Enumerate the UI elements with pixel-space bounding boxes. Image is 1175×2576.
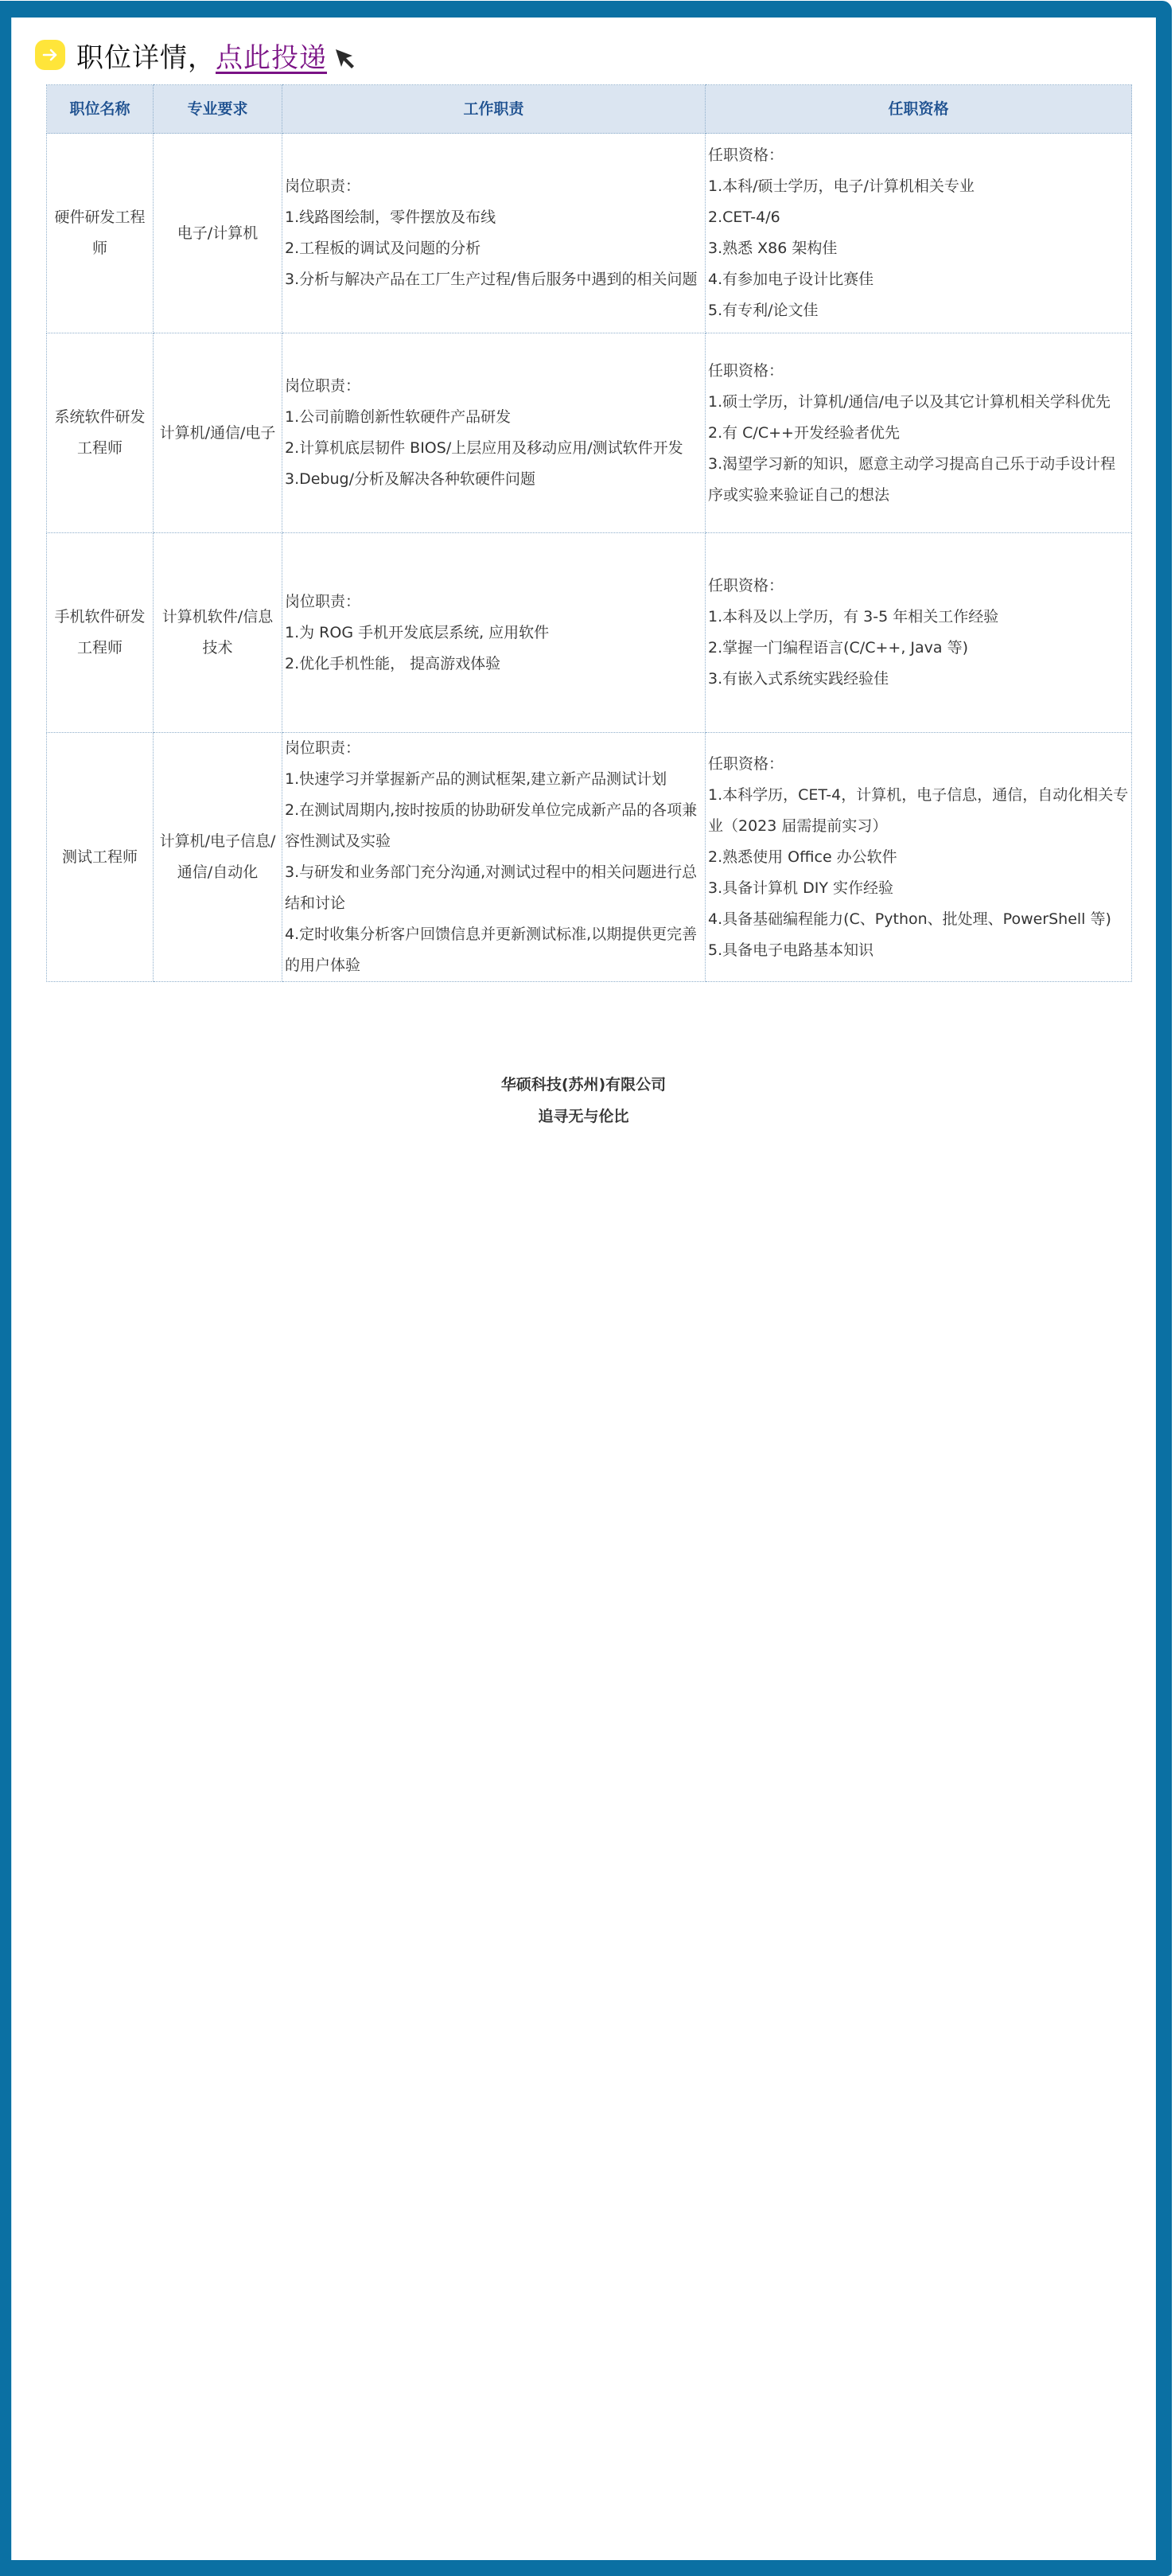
duties-line: 2.计算机底层韧件 BIOS/上层应用及移动应用/测试软件开发 [285,433,703,464]
apply-link[interactable]: 点此投递 [216,36,327,75]
requirement-line: 任职资格： [708,571,1130,602]
column-header-major: 专业要求 [154,85,282,134]
duties-line: 1.快速学习并掌握新产品的测试框架,建立新产品测试计划 [285,764,703,795]
duties-cell: 岗位职责： 1.线路图绘制，零件摆放及布线 2.工程板的调试及问题的分析 3.分… [282,134,706,333]
major-cell: 计算机软件/信息技术 [154,533,282,733]
table-header-row: 职位名称 专业要求 工作职责 任职资格 [47,85,1132,134]
requirements-cell: 任职资格： 1.本科学历，CET-4，计算机，电子信息，通信，自动化相关专业（2… [706,733,1132,982]
requirements-cell: 任职资格： 1.硕士学历，计算机/通信/电子以及其它计算机相关学科优先 2.有 … [706,333,1132,533]
column-header-position: 职位名称 [47,85,154,134]
column-header-duties: 工作职责 [282,85,706,134]
requirement-line: 1.硕士学历，计算机/通信/电子以及其它计算机相关学科优先 [708,387,1130,418]
duties-line: 3.分析与解决产品在工厂生产过程/售后服务中遇到的相关问题 [285,264,703,295]
duties-line: 1.公司前瞻创新性软硬件产品研发 [285,402,703,433]
requirement-line: 1.本科及以上学历，有 3-5 年相关工作经验 [708,602,1130,633]
table-row: 手机软件研发工程师 计算机软件/信息技术 岗位职责： 1.为 ROG 手机开发底… [47,533,1132,733]
requirement-line: 3.有嵌入式系统实践经验佳 [708,664,1130,695]
requirement-line: 4.有参加电子设计比赛佳 [708,264,1130,295]
duties-line: 岗位职责： [285,587,703,618]
requirement-line: 1.本科/硕士学历，电子/计算机相关专业 [708,171,1130,202]
requirement-line: 3.渴望学习新的知识，愿意主动学习提高自己乐于动手设计程序或实验来验证自己的想法 [708,449,1130,511]
position-cell: 系统软件研发工程师 [47,333,154,533]
requirement-line: 5.具备电子电路基本知识 [708,935,1130,966]
requirement-line: 3.具备计算机 DIY 实作经验 [708,873,1130,904]
company-name: 华硕科技(苏州)有限公司 [11,1069,1156,1101]
section-header: 职位详情， 点此投递 [35,37,357,72]
duties-line: 3.与研发和业务部门充分沟通,对测试过程中的相关问题进行总结和讨论 [285,857,703,919]
mouse-cursor-icon [333,47,357,74]
table-row: 测试工程师 计算机/电子信息/通信/自动化 岗位职责： 1.快速学习并掌握新产品… [47,733,1132,982]
table-row: 硬件研发工程师 电子/计算机 岗位职责： 1.线路图绘制，零件摆放及布线 2.工… [47,134,1132,333]
duties-line: 2.在测试周期内,按时按质的协助研发单位完成新产品的各项兼容性测试及实验 [285,795,703,857]
requirements-cell: 任职资格： 1.本科/硕士学历，电子/计算机相关专业 2.CET-4/6 3.熟… [706,134,1132,333]
page-footer: 华硕科技(苏州)有限公司 追寻无与伦比 [11,1069,1156,1132]
duties-line: 1.线路图绘制，零件摆放及布线 [285,202,703,233]
duties-line: 1.为 ROG 手机开发底层系统, 应用软件 [285,618,703,649]
duties-line: 岗位职责： [285,171,703,202]
position-cell: 测试工程师 [47,733,154,982]
table-row: 系统软件研发工程师 计算机/通信/电子 岗位职责： 1.公司前瞻创新性软硬件产品… [47,333,1132,533]
duties-cell: 岗位职责： 1.快速学习并掌握新产品的测试框架,建立新产品测试计划 2.在测试周… [282,733,706,982]
duties-line: 岗位职责： [285,371,703,402]
requirement-line: 5.有专利/论文佳 [708,295,1130,326]
requirement-line: 4.具备基础编程能力(C、Python、批处理、PowerShell 等) [708,904,1130,935]
requirement-line: 2.熟悉使用 Office 办公软件 [708,842,1130,873]
duties-line: 2.工程板的调试及问题的分析 [285,233,703,264]
position-cell: 手机软件研发工程师 [47,533,154,733]
position-cell: 硬件研发工程师 [47,134,154,333]
column-header-requirements: 任职资格 [706,85,1132,134]
duties-line: 4.定时收集分析客户回馈信息并更新测试标准,以期提供更完善的用户体验 [285,919,703,981]
requirement-line: 任职资格： [708,140,1130,171]
duties-line: 3.Debug/分析及解决各种软硬件问题 [285,464,703,495]
requirement-line: 1.本科学历，CET-4，计算机，电子信息，通信，自动化相关专业（2023 届需… [708,780,1130,842]
requirement-line: 2.掌握一门编程语言(C/C++, Java 等) [708,633,1130,664]
major-cell: 计算机/电子信息/通信/自动化 [154,733,282,982]
company-slogan: 追寻无与伦比 [11,1101,1156,1132]
requirements-cell: 任职资格： 1.本科及以上学历，有 3-5 年相关工作经验 2.掌握一门编程语言… [706,533,1132,733]
job-table: 职位名称 专业要求 工作职责 任职资格 硬件研发工程师 电子/计算机 岗位职责：… [46,84,1132,982]
requirement-line: 任职资格： [708,356,1130,387]
duties-cell: 岗位职责： 1.为 ROG 手机开发底层系统, 应用软件 2.优化手机性能， 提… [282,533,706,733]
requirement-line: 2.有 C/C++开发经验者优先 [708,418,1130,449]
section-title: 职位详情， [76,36,216,75]
major-cell: 计算机/通信/电子 [154,333,282,533]
duties-line: 2.优化手机性能， 提高游戏体验 [285,649,703,680]
requirement-line: 2.CET-4/6 [708,202,1130,233]
requirement-line: 任职资格： [708,749,1130,780]
major-cell: 电子/计算机 [154,134,282,333]
requirement-line: 3.熟悉 X86 架构佳 [708,233,1130,264]
duties-cell: 岗位职责： 1.公司前瞻创新性软硬件产品研发 2.计算机底层韧件 BIOS/上层… [282,333,706,533]
duties-line: 岗位职责： [285,733,703,764]
arrow-right-icon [35,40,65,70]
